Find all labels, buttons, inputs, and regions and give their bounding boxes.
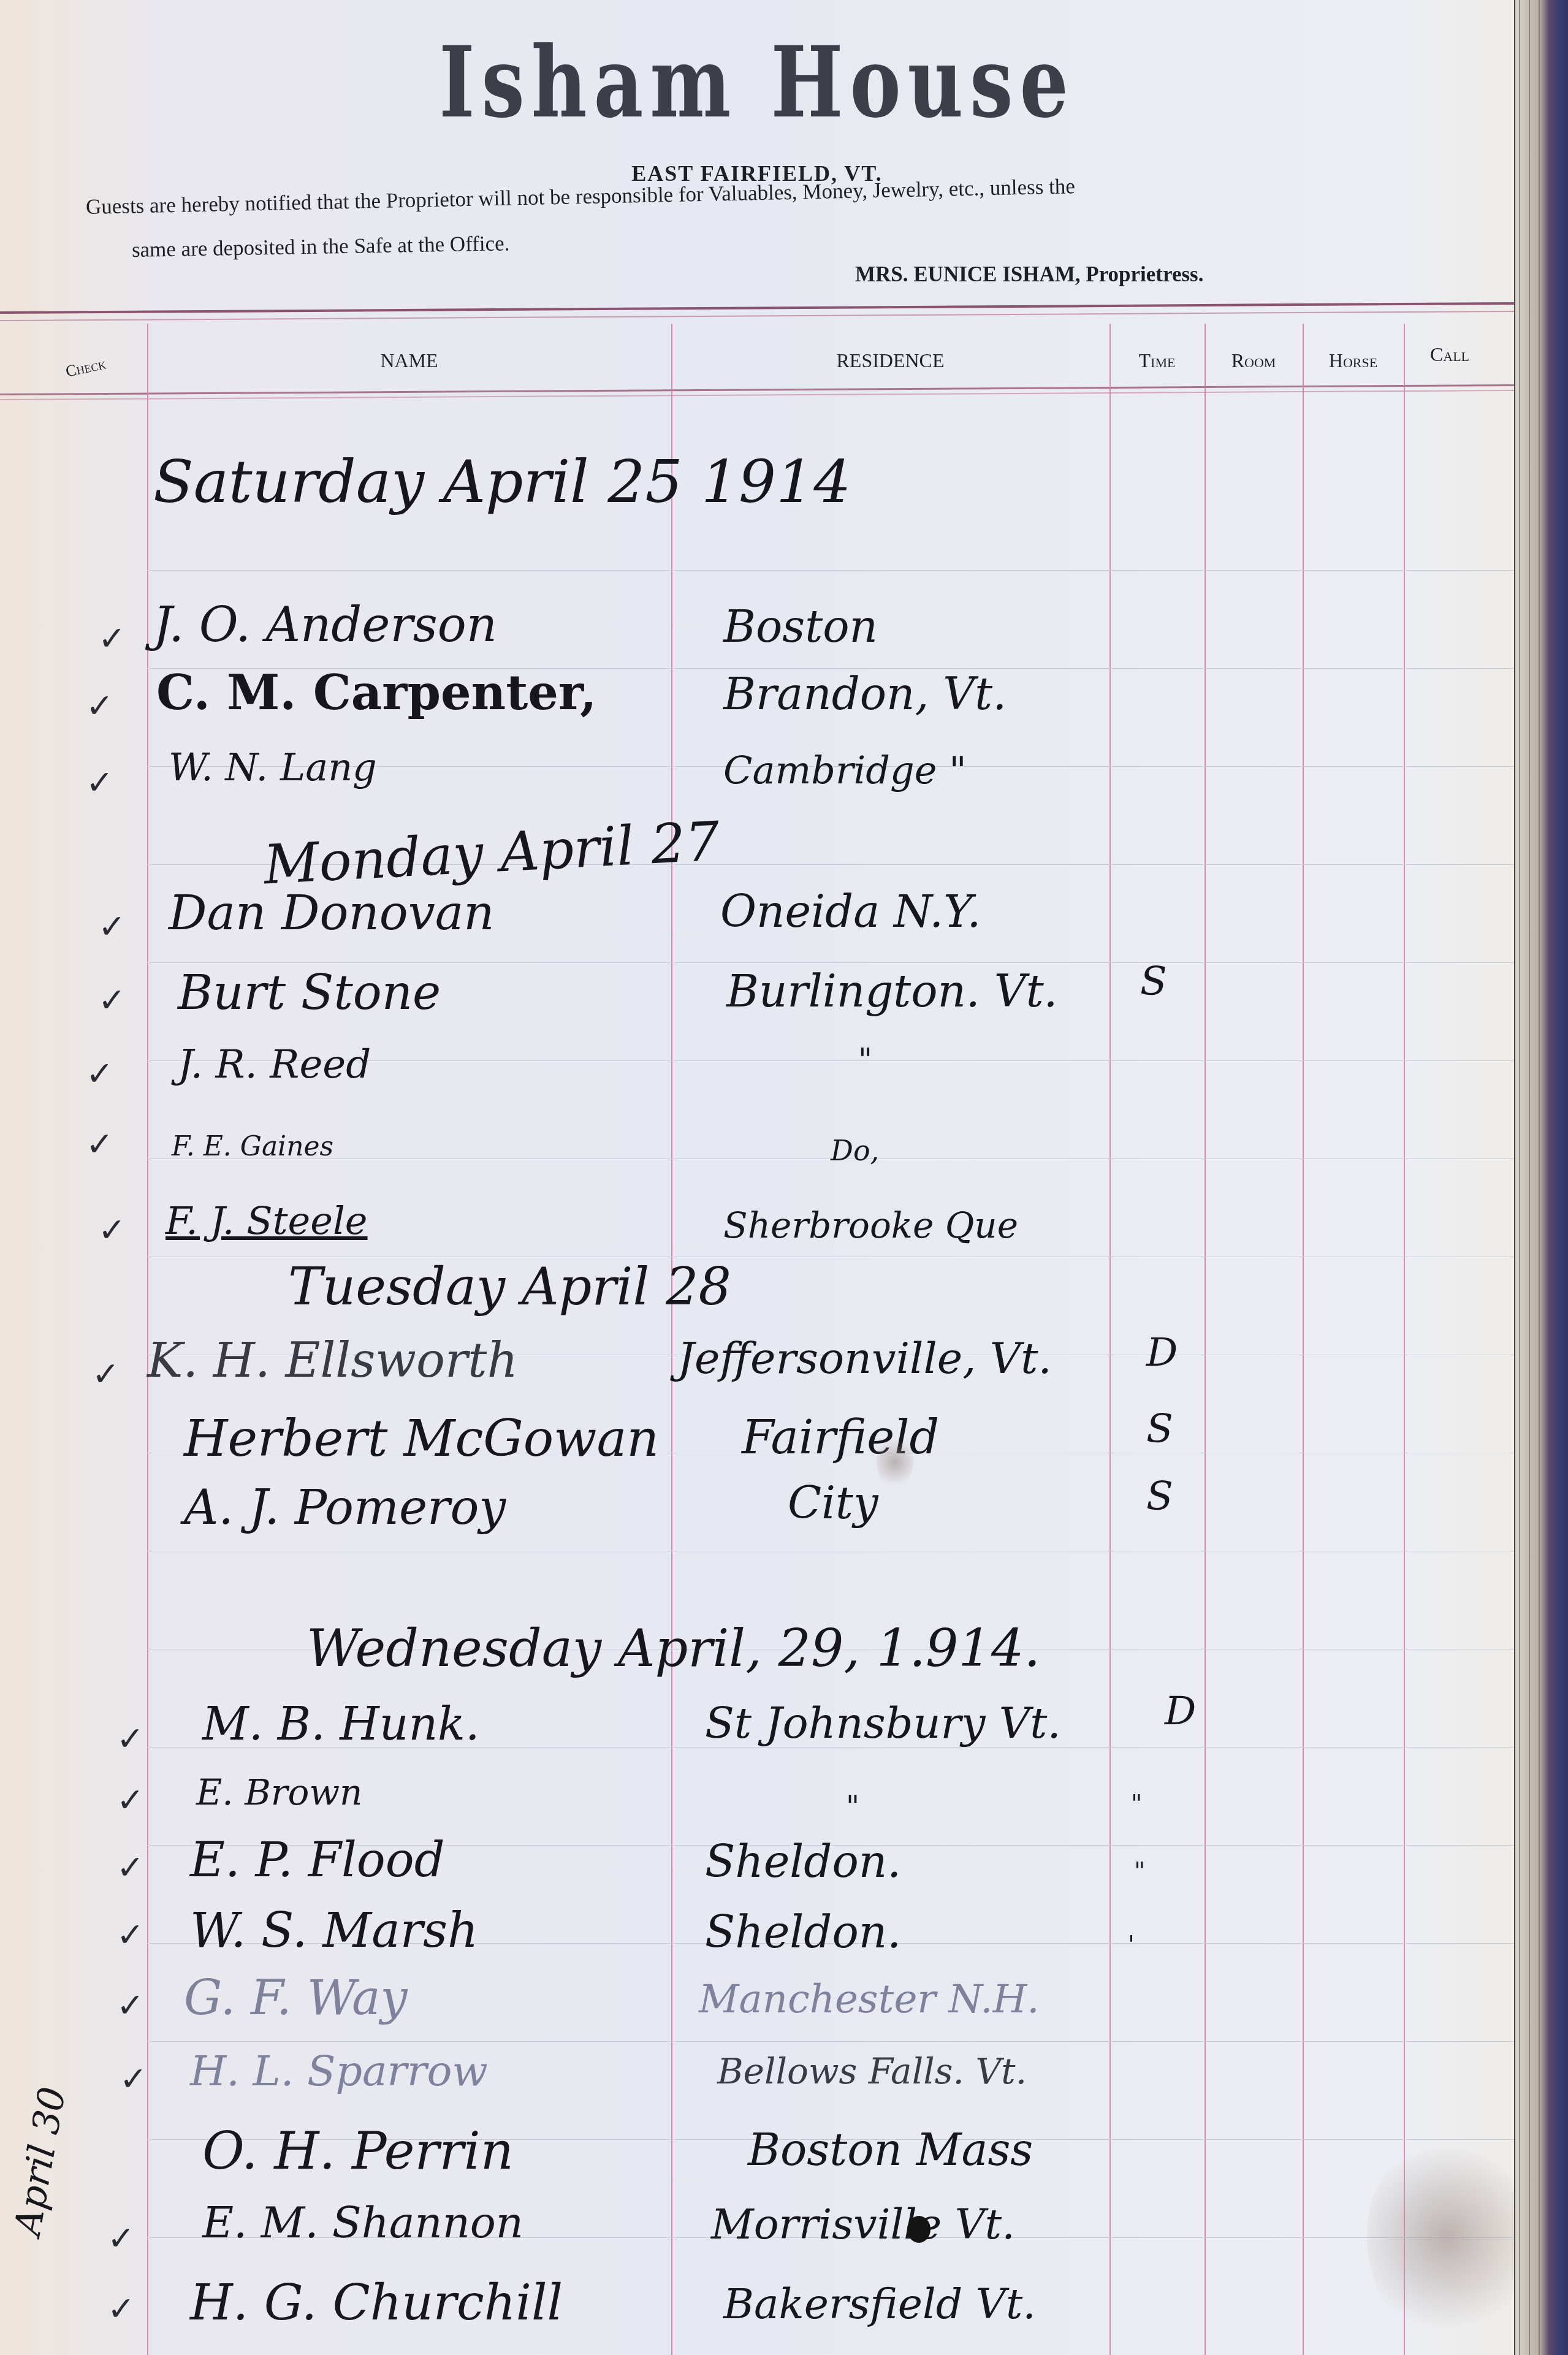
guest-name: Herbert McGowan [184, 1410, 659, 1468]
liability-notice-line-2: same are deposited in the Safe at the Of… [132, 231, 510, 262]
guest-name: G. F. Way [184, 1971, 408, 2026]
guest-residence: Cambridge " [723, 748, 967, 793]
guest-name: E. Brown [196, 1771, 362, 1813]
guest-residence: Sherbrooke Que [723, 1204, 1018, 1246]
column-header-horse: Horse [1303, 349, 1404, 372]
guest-residence: Bakersfield Vt. [723, 2280, 1036, 2329]
book-binding [1514, 0, 1568, 2355]
check-mark: ✓ [116, 1781, 144, 1819]
check-mark: ✓ [98, 1211, 126, 1249]
ruled-line [147, 570, 1514, 571]
guest-name: H. G. Churchill [190, 2274, 563, 2331]
column-header-room: Room [1205, 349, 1303, 372]
guest-name: E. M. Shannon [202, 2197, 523, 2248]
guest-name: A. J. Pomeroy [184, 1480, 506, 1535]
guest-name: Burt Stone [178, 965, 441, 1021]
ruled-line [147, 1551, 1514, 1551]
paper-stain [1367, 2133, 1526, 2342]
time-entry: S [1140, 959, 1167, 1005]
date-heading: Tuesday April 28 [288, 1257, 731, 1317]
date-heading: Saturday April 25 1914 [153, 447, 851, 516]
column-header-call: Call [1404, 343, 1496, 366]
guest-residence: Manchester N.H. [699, 1977, 1040, 2022]
guest-name: J. O. Anderson [153, 598, 497, 653]
check-mark: ✓ [107, 2219, 135, 2258]
column-divider [1109, 324, 1111, 2355]
guest-name: F. J. Steele [166, 1198, 368, 1243]
check-mark: ✓ [116, 1916, 144, 1954]
guest-name: J. R. Reed [178, 1042, 371, 1087]
header-rule-bottom [0, 384, 1514, 400]
column-header-residence: RESIDENCE [671, 349, 1109, 372]
time-entry: S [1146, 1474, 1173, 1520]
guest-residence: " [846, 1790, 859, 1824]
guest-residence: " [858, 1042, 872, 1078]
guest-name: H. L. Sparrow [190, 2047, 488, 2096]
date-heading: Monday April 27 [262, 810, 721, 897]
guest-residence: Do, [831, 1134, 879, 1167]
guest-name: K. H. Ellsworth [147, 1333, 518, 1388]
guest-residence: Brandon, Vt. [723, 668, 1007, 720]
guest-name: Dan Donovan [169, 886, 495, 941]
column-divider [1303, 324, 1304, 2355]
guest-residence: City [788, 1477, 878, 1529]
proprietress-name: MRS. EUNICE ISHAM, Proprietress. [855, 262, 1203, 287]
guest-name: W. S. Marsh [190, 1903, 478, 1958]
time-entry: S [1146, 1407, 1173, 1452]
time-entry: D [1165, 1689, 1196, 1734]
check-mark: ✓ [86, 1054, 113, 1093]
check-mark: ✓ [116, 1719, 144, 1758]
guest-name: M. B. Hunk. [202, 1698, 479, 1751]
guest-residence: Sheldon. [705, 1906, 901, 1958]
check-mark: ✓ [86, 1125, 113, 1163]
column-divider [671, 324, 672, 2355]
ruled-line [147, 962, 1514, 963]
column-header-time: Time [1109, 349, 1205, 372]
check-mark: ✓ [116, 1986, 144, 2025]
time-entry: " [1134, 1857, 1145, 1885]
ledger-page: Isham House EAST FAIRFIELD, VT. Guests a… [0, 0, 1514, 2355]
hotel-title: Isham House [167, 25, 1348, 140]
time-entry: " [1131, 1790, 1142, 1818]
guest-residence: Bellows Falls. Vt. [717, 2050, 1027, 2092]
check-mark: ✓ [120, 2060, 147, 2098]
check-mark: ✓ [116, 1848, 144, 1887]
date-heading: Wednesday April, 29, 1.914. [306, 1618, 1040, 1678]
column-header-name: NAME [147, 349, 671, 372]
paper-stain [877, 1434, 913, 1489]
guest-residence: Morrisville Vt. [711, 2201, 1015, 2249]
guest-residence: Burlington. Vt. [726, 965, 1057, 1017]
guest-residence: Oneida N.Y. [720, 886, 981, 937]
check-mark: ✓ [98, 907, 126, 946]
guest-residence: Boston [723, 601, 878, 652]
guest-residence: Sheldon. [705, 1836, 901, 1887]
column-divider [1205, 324, 1206, 2355]
check-mark: ✓ [98, 619, 126, 658]
guest-name: E. P. Flood [190, 1833, 445, 1888]
header-rule-top [0, 302, 1514, 321]
ink-blot [907, 2216, 931, 2243]
column-header-check: Check [48, 351, 124, 384]
time-entry: ' [1128, 1931, 1135, 1959]
check-mark: ✓ [107, 2289, 135, 2328]
time-entry: D [1146, 1330, 1178, 1375]
check-mark: ✓ [86, 763, 113, 802]
check-mark: ✓ [98, 981, 126, 1019]
check-mark: ✓ [92, 1355, 120, 1393]
guest-name: O. H. Perrin [202, 2121, 514, 2181]
guest-residence: Jeffersonville, Vt. [677, 1333, 1052, 1383]
guest-name: C. M. Carpenter, [156, 665, 597, 721]
guest-residence: Boston Mass [748, 2124, 1033, 2175]
guest-name: F. E. Gaines [172, 1131, 333, 1162]
margin-date-note: April 30 [6, 2083, 74, 2239]
column-divider [1404, 324, 1405, 2355]
guest-name: W. N. Lang [169, 745, 377, 789]
guest-residence: St Johnsbury Vt. [705, 1698, 1061, 1748]
check-mark: ✓ [86, 687, 113, 725]
ruled-line [147, 2041, 1514, 2042]
